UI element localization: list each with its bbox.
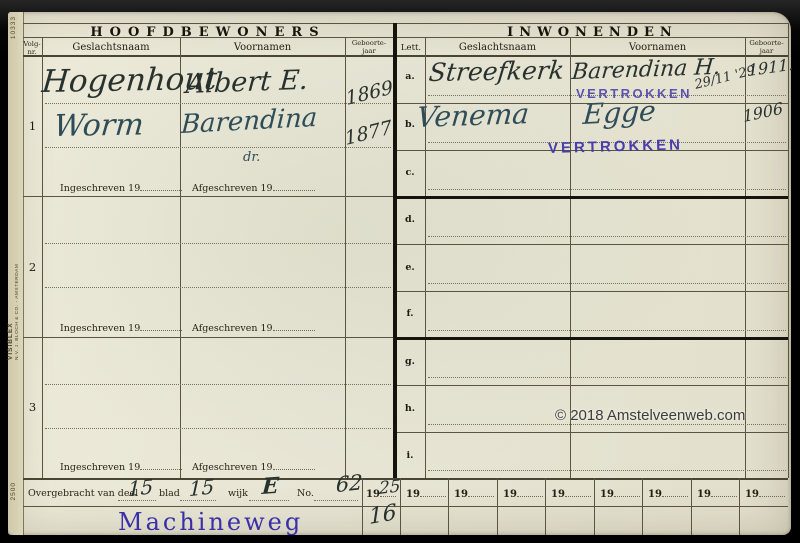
- street-name-stamp: Machineweg: [118, 508, 303, 536]
- writing-line: [45, 147, 391, 148]
- writing-line: [428, 470, 786, 471]
- dotted-leader: [468, 487, 494, 497]
- row-number: 2: [23, 260, 42, 274]
- grid-line: [448, 478, 449, 535]
- row-number: 3: [23, 400, 42, 414]
- writing-line: [45, 384, 391, 385]
- dotted-leader: [565, 487, 591, 497]
- column-header-geboortejaar: Geboorte- jaar: [345, 39, 393, 55]
- fill-in-blank: [118, 500, 156, 501]
- column-header-lett: Lett.: [397, 43, 425, 53]
- group-separator: [393, 196, 788, 199]
- row-letter: i.: [397, 450, 423, 461]
- printer-imprint-block: VISIBLEX N.V. J. BLOCH & CO. - AMSTERDAM: [7, 195, 23, 360]
- blad-label: blad: [159, 488, 180, 499]
- handwritten-suffix: dr.: [243, 150, 260, 165]
- grid-line: [397, 37, 788, 38]
- grid-line: [545, 478, 546, 535]
- writing-line: [428, 283, 786, 284]
- writing-line: [428, 189, 786, 190]
- handwritten-surname: Worm: [52, 107, 145, 144]
- handwritten-firstname: Albert E.: [185, 65, 309, 100]
- column-header-voornamen: Voornamen: [570, 42, 745, 53]
- handwritten-no: 62: [336, 470, 363, 497]
- year-cell-label: 19: [648, 487, 688, 500]
- vertrokken-stamp: VERTROKKEN: [548, 136, 683, 157]
- dotted-leader: [273, 181, 315, 191]
- grid-line: [691, 478, 692, 535]
- ingeschreven-label: Ingeschreven 19: [60, 321, 182, 334]
- grid-line: [23, 23, 393, 24]
- row-letter: e.: [397, 262, 423, 273]
- handwritten-surname: Venema: [416, 97, 531, 134]
- writing-line: [428, 330, 786, 331]
- grid-line: [23, 196, 393, 197]
- handwritten-wijk: E: [261, 473, 280, 500]
- afgeschreven-label: Afgeschreven 19: [192, 181, 315, 194]
- grid-line: [594, 478, 595, 535]
- handwritten-year: 25: [379, 476, 401, 499]
- handwritten-surname: Streefkerk: [427, 56, 565, 87]
- printer-imprint: N.V. J. BLOCH & CO. - AMSTERDAM: [15, 195, 20, 360]
- group-separator: [393, 337, 788, 340]
- writing-line: [428, 236, 786, 237]
- writing-line: [45, 103, 391, 104]
- afgeschreven-label: Afgeschreven 19: [192, 460, 315, 473]
- grid-line: [23, 55, 393, 57]
- print-run-number: 2500: [10, 482, 17, 500]
- fill-in-blank: [249, 500, 289, 501]
- grid-line: [497, 478, 498, 535]
- writing-line: [45, 428, 391, 429]
- dotted-leader: [140, 181, 182, 191]
- grid-line: [397, 291, 788, 292]
- handwritten-firstname: Egge: [582, 94, 657, 131]
- row-letter: f.: [397, 308, 423, 319]
- column-header-voornamen: Voornamen: [180, 42, 345, 53]
- grid-line: [642, 478, 643, 535]
- writing-line: [428, 377, 786, 378]
- year-cell-label: 19: [406, 487, 446, 500]
- grid-line: [23, 337, 393, 338]
- overgebracht-label: Overgebracht van deel: [28, 488, 138, 499]
- ingeschreven-label: Ingeschreven 19: [60, 181, 182, 194]
- grid-line: [23, 506, 788, 507]
- year-cell-label: 19: [600, 487, 640, 500]
- scanned-register-card: 10333 VISIBLEX N.V. J. BLOCH & CO. - AMS…: [0, 0, 800, 543]
- fill-in-blank: [314, 500, 358, 501]
- writing-line: [45, 243, 391, 244]
- dotted-leader: [273, 460, 315, 470]
- dotted-leader: [273, 321, 315, 331]
- year-cell-label: 19: [745, 487, 785, 500]
- printer-brand: VISIBLEX: [7, 195, 14, 360]
- grid-line: [397, 23, 788, 24]
- dotted-leader: [420, 487, 446, 497]
- row-letter: h.: [397, 403, 423, 414]
- fill-in-blank: [180, 500, 216, 501]
- row-letter: d.: [397, 214, 423, 225]
- row-letter: a.: [397, 71, 423, 82]
- writing-line: [45, 287, 391, 288]
- dotted-leader: [517, 487, 543, 497]
- afgeschreven-label: Afgeschreven 19: [192, 321, 315, 334]
- dotted-leader: [140, 460, 182, 470]
- column-header-geslachtsnaam: Geslachtsnaam: [42, 42, 180, 53]
- year-cell-label: 19: [551, 487, 591, 500]
- column-header-geboortejaar: Geboorte- jaar: [745, 39, 788, 55]
- dotted-leader: [711, 487, 737, 497]
- grid-line: [42, 37, 43, 478]
- row-letter: g.: [397, 356, 423, 367]
- year-cell-label: 19: [697, 487, 737, 500]
- grid-line: [397, 385, 788, 386]
- wijk-label: wijk: [228, 488, 248, 499]
- handwritten-blad: 15: [189, 474, 215, 501]
- row-letter: c.: [397, 167, 423, 178]
- row-number: 1: [23, 119, 42, 133]
- writing-line: [428, 424, 786, 425]
- dotted-leader: [662, 487, 688, 497]
- dotted-leader: [614, 487, 640, 497]
- form-serial-number: 10333: [10, 16, 17, 39]
- column-header-geslachtsnaam: Geslachtsnaam: [425, 42, 570, 53]
- grid-line: [788, 23, 789, 478]
- no-label: No.: [297, 488, 314, 499]
- grid-line: [739, 478, 740, 535]
- handwritten-deel: 15: [128, 474, 154, 501]
- dotted-leader: [140, 321, 182, 331]
- copyright-watermark: © 2018 Amstelveenweb.com: [555, 407, 745, 424]
- grid-line: [23, 37, 393, 38]
- handwritten-house-number: 16: [369, 500, 397, 530]
- year-cell-label: 19: [454, 487, 494, 500]
- grid-line: [397, 244, 788, 245]
- ingeschreven-label: Ingeschreven 19: [60, 460, 182, 473]
- grid-line: [397, 432, 788, 433]
- year-cell-label: 19: [503, 487, 543, 500]
- dotted-leader: [759, 487, 785, 497]
- column-header-volgnr: Volg- nr.: [22, 40, 42, 56]
